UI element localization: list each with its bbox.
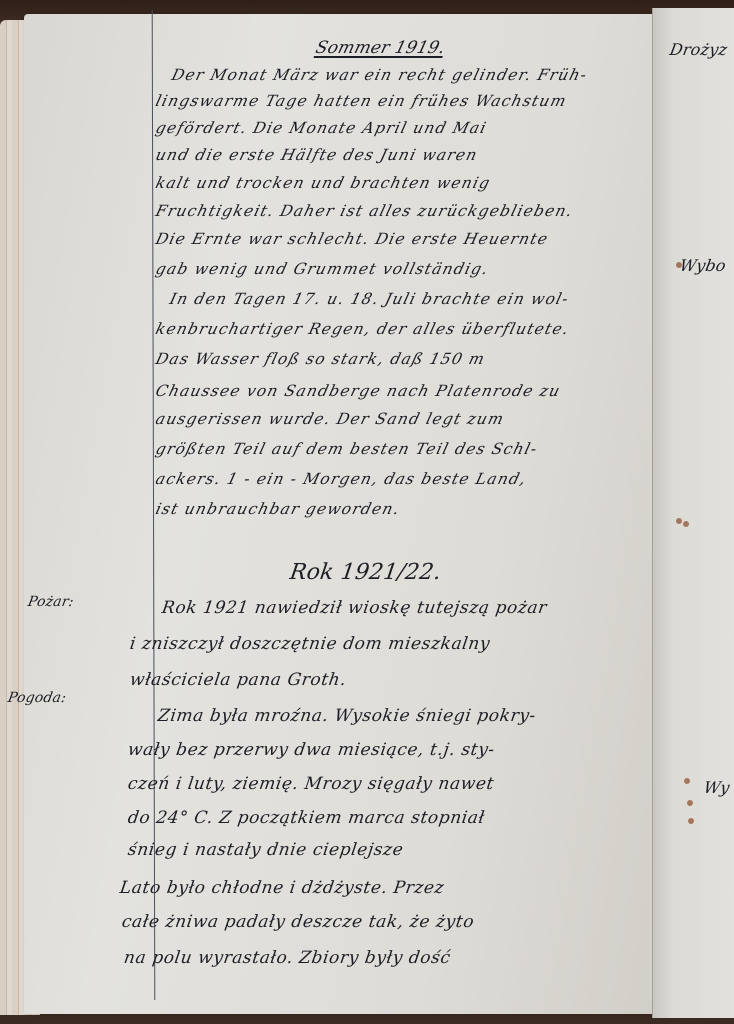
text-line: ausgerissen wurde. Der Sand legt zum (154, 410, 507, 428)
right-note-top: Drożyz (668, 40, 729, 59)
text-line: Die Ernte war schlecht. Die erste Heuern… (154, 230, 551, 248)
text-line: ackers. 1 - ein - Morgen, das beste Land… (154, 470, 529, 488)
text-line: gefördert. Die Monate April und Mai (154, 119, 489, 137)
text-line: do 24° C. Z początkiem marca stopniał (127, 808, 487, 828)
text-line: Der Monat März war ein recht gelinder. F… (170, 66, 590, 84)
text-line: Fruchtigkeit. Daher ist alles zurückgebl… (154, 202, 575, 220)
right-page-edge (652, 8, 734, 1018)
text-line: Lato było chłodne i dżdżyste. Przez (119, 878, 446, 898)
text-line: kenbruchartiger Regen, der alles überflu… (154, 320, 572, 338)
rust-spot (683, 521, 689, 527)
text-line: gab wenig und Grummet vollständig. (154, 260, 491, 278)
rust-spot (684, 778, 690, 784)
text-line: Zima była mroźna. Wysokie śniegi pokry- (157, 706, 538, 726)
text-line: Rok 1921 nawiedził wioskę tutejszą pożar (161, 598, 549, 618)
text-line: całe żniwa padały deszcze tak, że żyto (121, 912, 476, 932)
text-line: wały bez przerwy dwa miesiące, t.j. sty- (127, 740, 497, 760)
rust-spot (676, 518, 682, 524)
rust-spot (688, 818, 694, 824)
text-line: In den Tagen 17. u. 18. Juli brachte ein… (168, 290, 571, 308)
right-note-middle: Wybo (678, 256, 727, 275)
text-line: kalt und trocken und brachten wenig (154, 174, 493, 192)
text-line: na polu wyrastało. Zbiory były dość (123, 948, 452, 968)
text-line: czeń i luty, ziemię. Mrozy sięgały nawet (127, 774, 496, 794)
right-note-bottom: Wy (702, 778, 731, 797)
text-line: Chaussee von Sandberge nach Platenrode z… (154, 382, 563, 400)
section-heading-1921: Rok 1921/22. (288, 560, 442, 585)
text-line: śnieg i nastały dnie cieplejsze (127, 840, 405, 860)
text-line: właściciela pana Groth. (129, 670, 348, 690)
text-line: größten Teil auf dem besten Teil des Sch… (154, 440, 540, 458)
text-line: und die erste Hälfte des Juni waren (154, 146, 480, 164)
text-line: i zniszczył doszczętnie dom mieszkalny (129, 634, 492, 654)
text-line: lingswarme Tage hatten ein frühes Wachst… (154, 92, 569, 110)
text-line: Das Wasser floß so stark, daß 150 m (154, 350, 488, 368)
rust-spot (687, 800, 693, 806)
margin-note-fire: Pożar: (27, 594, 75, 610)
margin-note-weather: Pogoda: (7, 690, 68, 706)
section-heading-1919: Sommer 1919. (314, 38, 448, 58)
text-line: ist unbrauchbar geworden. (154, 500, 402, 518)
